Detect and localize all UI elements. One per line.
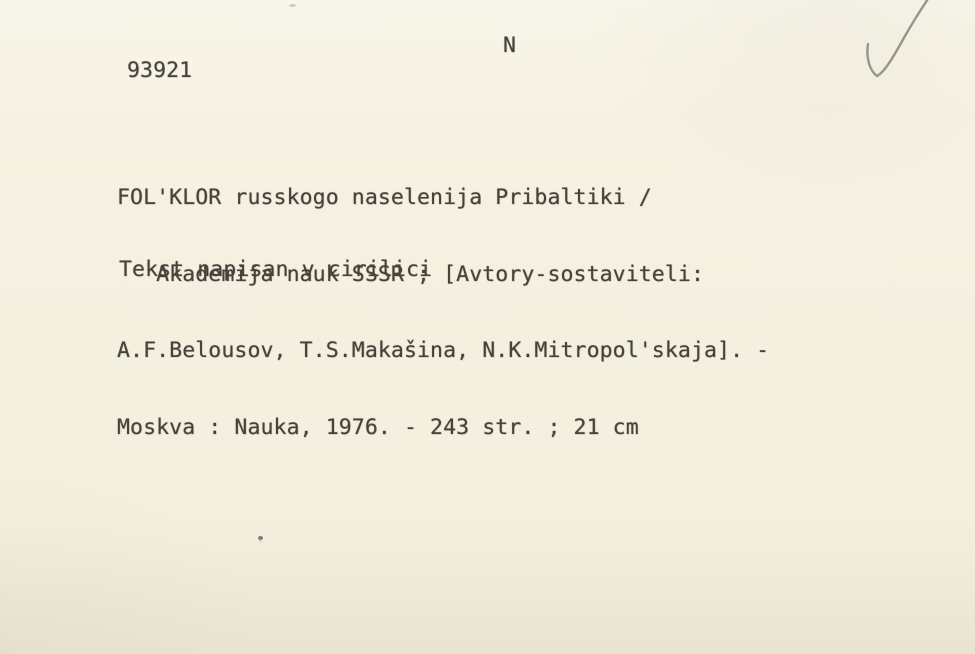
catalog-card: 93921 N FOL'KLOR russkogo naselenija Pri… xyxy=(0,0,975,654)
entry-line-title: FOL'KLOR russkogo naselenija Pribaltiki … xyxy=(117,185,769,212)
entry-line-imprint: Moskva : Nauka, 1976. - 243 str. ; 21 cm xyxy=(117,415,769,442)
script-note: Tekst napisan v cirilici xyxy=(119,257,432,282)
handwritten-checkmark-icon xyxy=(845,0,955,94)
entry-line-authors: A.F.Belousov, T.S.Makašina, N.K.Mitropol… xyxy=(117,338,769,365)
ink-speck xyxy=(258,536,263,540)
paper-smudge xyxy=(289,4,296,7)
call-number: 93921 xyxy=(127,58,192,83)
bibliographic-entry: FOL'KLOR russkogo naselenija Pribaltiki … xyxy=(117,135,769,492)
heading-letter: N xyxy=(503,33,516,58)
